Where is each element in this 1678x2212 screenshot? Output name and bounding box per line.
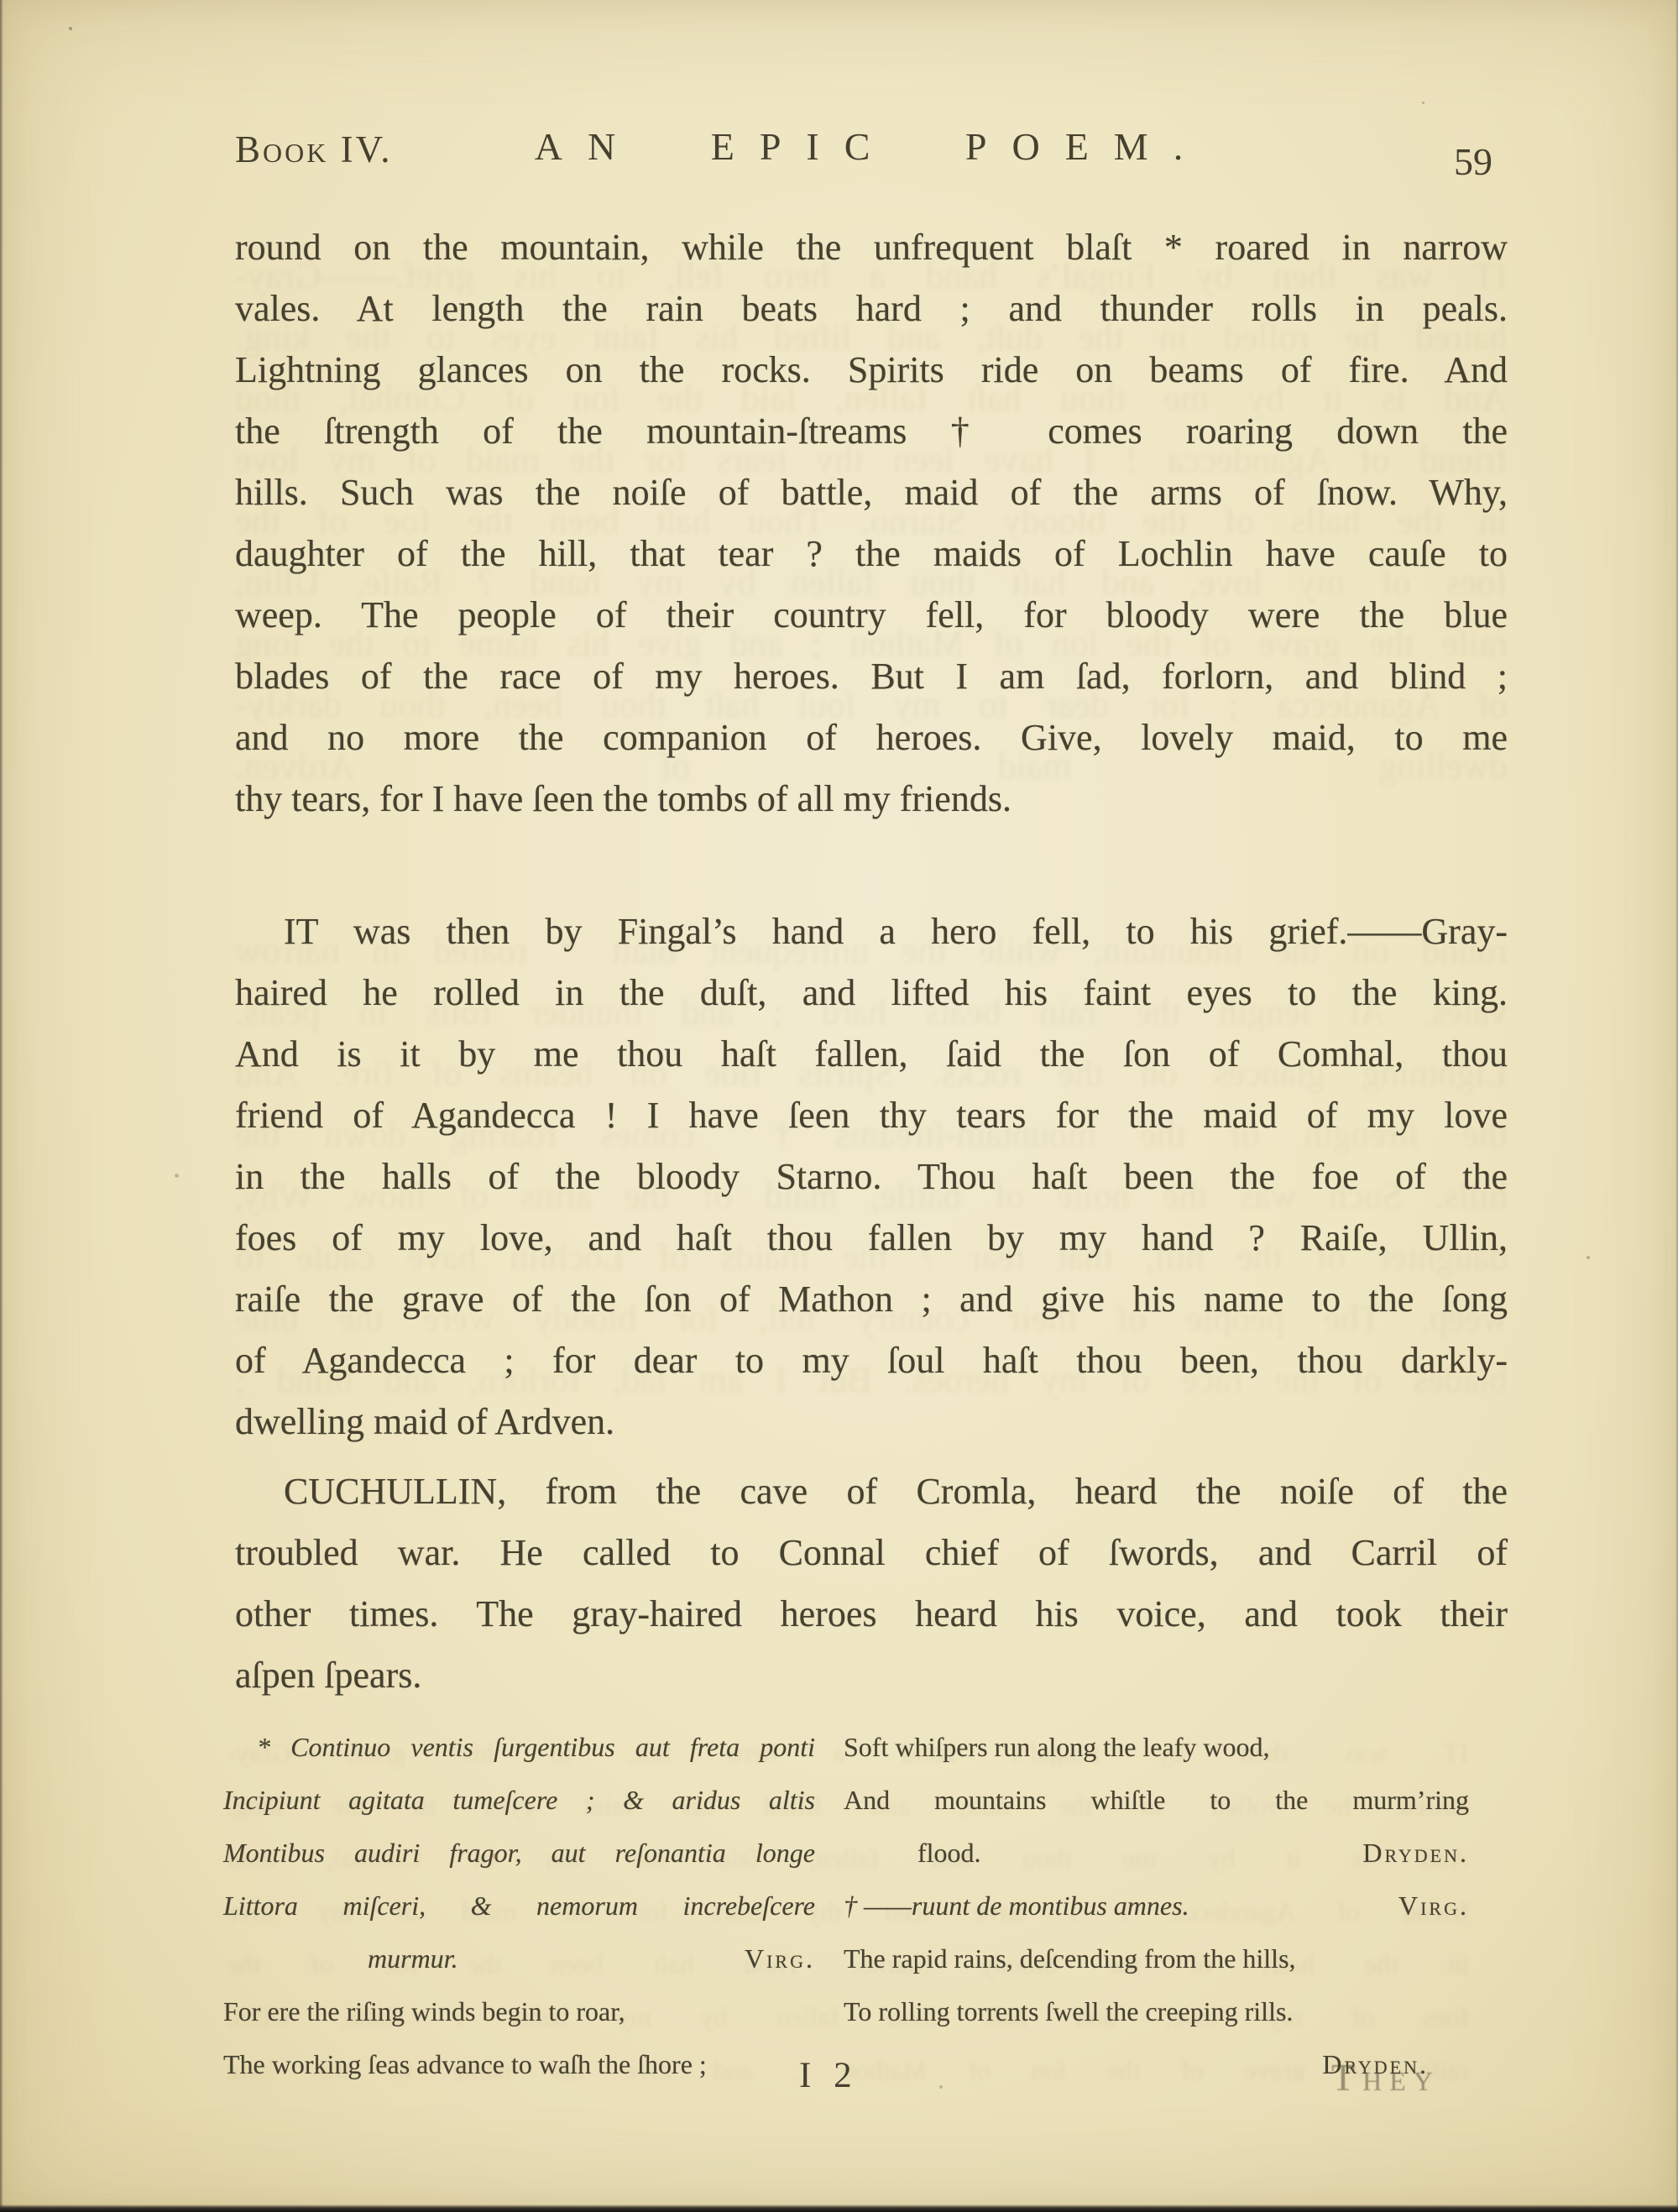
footnote-text: To rolling torrents ſwell the creeping r… — [844, 1985, 1469, 2038]
text-line: the ſtrength of the mountain-ſtreams † c… — [235, 400, 1508, 462]
text-line: friend of Agandecca ! I have ſeen thy te… — [235, 1085, 1508, 1146]
footnote-text: The rapid rains, deſcending from the hil… — [844, 1932, 1469, 1985]
text-line: and no more the companion of heroes. Giv… — [235, 707, 1508, 768]
footnote-line: Littora miſceri, & nemorum increbeſcere — [223, 1880, 815, 1932]
scan-edge-bottom — [0, 2204, 1678, 2212]
citation-author: Dryden. — [1362, 1827, 1469, 1880]
text-line: thy tears, for I have ſeen the tombs of … — [235, 768, 1508, 829]
footnote-line: † ——ruunt de montibus amnes.Virg. — [844, 1880, 1469, 1932]
footnote-line: flood.Dryden. — [844, 1827, 1469, 1880]
footnote-text: The working ſeas advance to waſh the ſho… — [223, 2038, 815, 2091]
text-line: of Agandecca ; for dear to my ſoul haſt … — [235, 1330, 1508, 1391]
footnote-line: To rolling torrents ſwell the creeping r… — [844, 1985, 1469, 2038]
paper-speck — [1587, 1256, 1590, 1259]
text-line: round on the mountain, while the unfrequ… — [235, 217, 1508, 278]
footnote-line: * Continuo ventis ſurgentibus aut freta … — [223, 1721, 815, 1774]
footnote-line: Incipiunt agitata tumeſcere ; & aridus a… — [223, 1774, 815, 1827]
text-line: Lightning glances on the rocks. Spirits … — [235, 339, 1508, 400]
text-line: hills. Such was the noiſe of battle, mai… — [235, 462, 1508, 523]
footnote-text: Soft whiſpers run along the leafy wood, — [844, 1721, 1469, 1774]
text-line: in the halls of the bloody Starno. Thou … — [235, 1146, 1508, 1207]
footnote-text: Incipiunt agitata tumeſcere ; & aridus a… — [223, 1774, 815, 1827]
text-line: troubled war. He called to Connal chief … — [235, 1522, 1508, 1583]
page-number: 59 — [1454, 139, 1492, 184]
paragraph-1: round on the mountain, while the unfrequ… — [235, 217, 1508, 829]
scan-edge-left — [0, 0, 3, 2212]
book-page: IT was then by Fingal’s hand a hero fell… — [0, 0, 1678, 2212]
footnote-text: And mountains whiſtle to the murm’ring — [844, 1774, 1469, 1827]
text-line: And is it by me thou haſt fallen, ſaid t… — [235, 1023, 1508, 1085]
paper-speck — [175, 1174, 179, 1178]
footnote-text: For ere the riſing winds begin to roar, — [223, 1985, 815, 2038]
footnote-text: flood. — [917, 1827, 1351, 1880]
paragraph-2: IT was then by Fingal’s hand a hero fell… — [235, 901, 1508, 1452]
text-line: dwelling maid of Ardven. — [235, 1391, 1508, 1452]
running-head: Book IV. AN EPIC POEM. 59 — [235, 124, 1508, 183]
footnote-text: † ——ruunt de montibus amnes. — [844, 1880, 1387, 1932]
footnote-column-right: Soft whiſpers run along the leafy wood,A… — [844, 1721, 1469, 2091]
footnote-line: The working ſeas advance to waſh the ſho… — [223, 2038, 815, 2091]
paragraph-3: CUCHULLIN, from the cave of Cromla, hear… — [235, 1461, 1508, 1706]
text-line: other times. The gray-haired heroes hear… — [235, 1583, 1508, 1645]
footnote-line: Soft whiſpers run along the leafy wood, — [844, 1721, 1469, 1774]
footnote-text: Montibus audiri fragor, aut reſonantia l… — [223, 1827, 815, 1880]
text-line: IT was then by Fingal’s hand a hero fell… — [235, 901, 1508, 962]
citation-author: Virg. — [1398, 1880, 1469, 1932]
page-title: AN EPIC POEM. — [235, 124, 1508, 169]
paper-speck — [69, 27, 72, 30]
text-line: vales. At length the rain beats hard ; a… — [235, 278, 1508, 339]
footnote-column-left: * Continuo ventis ſurgentibus aut freta … — [223, 1721, 815, 2091]
paper-speck — [1422, 102, 1424, 104]
catchword: They — [1331, 2055, 1440, 2100]
text-line: foes of my love, and haſt thou fallen by… — [235, 1207, 1508, 1268]
text-line: daughter of the hill, that tear ? the ma… — [235, 523, 1508, 584]
text-line: haired he rolled in the duſt, and lifted… — [235, 962, 1508, 1023]
footnotes: * Continuo ventis ſurgentibus aut freta … — [223, 1721, 1469, 2091]
text-line: blades of the race of my heroes. But I a… — [235, 646, 1508, 707]
footnote-text: Littora miſceri, & nemorum increbeſcere — [223, 1880, 815, 1932]
footnote-text: * Continuo ventis ſurgentibus aut freta … — [257, 1721, 815, 1774]
footnote-line: Montibus audiri fragor, aut reſonantia l… — [223, 1827, 815, 1880]
footnote-line: For ere the riſing winds begin to roar, — [223, 1985, 815, 2038]
footnote-line: murmur.Virg. — [223, 1932, 815, 1985]
text-line: aſpen ſpears. — [235, 1645, 1508, 1706]
citation-author: Virg. — [745, 1932, 815, 1985]
footnote-text: murmur. — [368, 1932, 733, 1985]
text-line: raiſe the grave of the ſon of Mathon ; a… — [235, 1268, 1508, 1330]
footnote-line: And mountains whiſtle to the murm’ring — [844, 1774, 1469, 1827]
signature-mark: I 2 — [799, 2055, 859, 2096]
footnote-line: The rapid rains, deſcending from the hil… — [844, 1932, 1469, 1985]
text-line: CUCHULLIN, from the cave of Cromla, hear… — [235, 1461, 1508, 1522]
text-line: weep. The people of their country fell, … — [235, 584, 1508, 646]
